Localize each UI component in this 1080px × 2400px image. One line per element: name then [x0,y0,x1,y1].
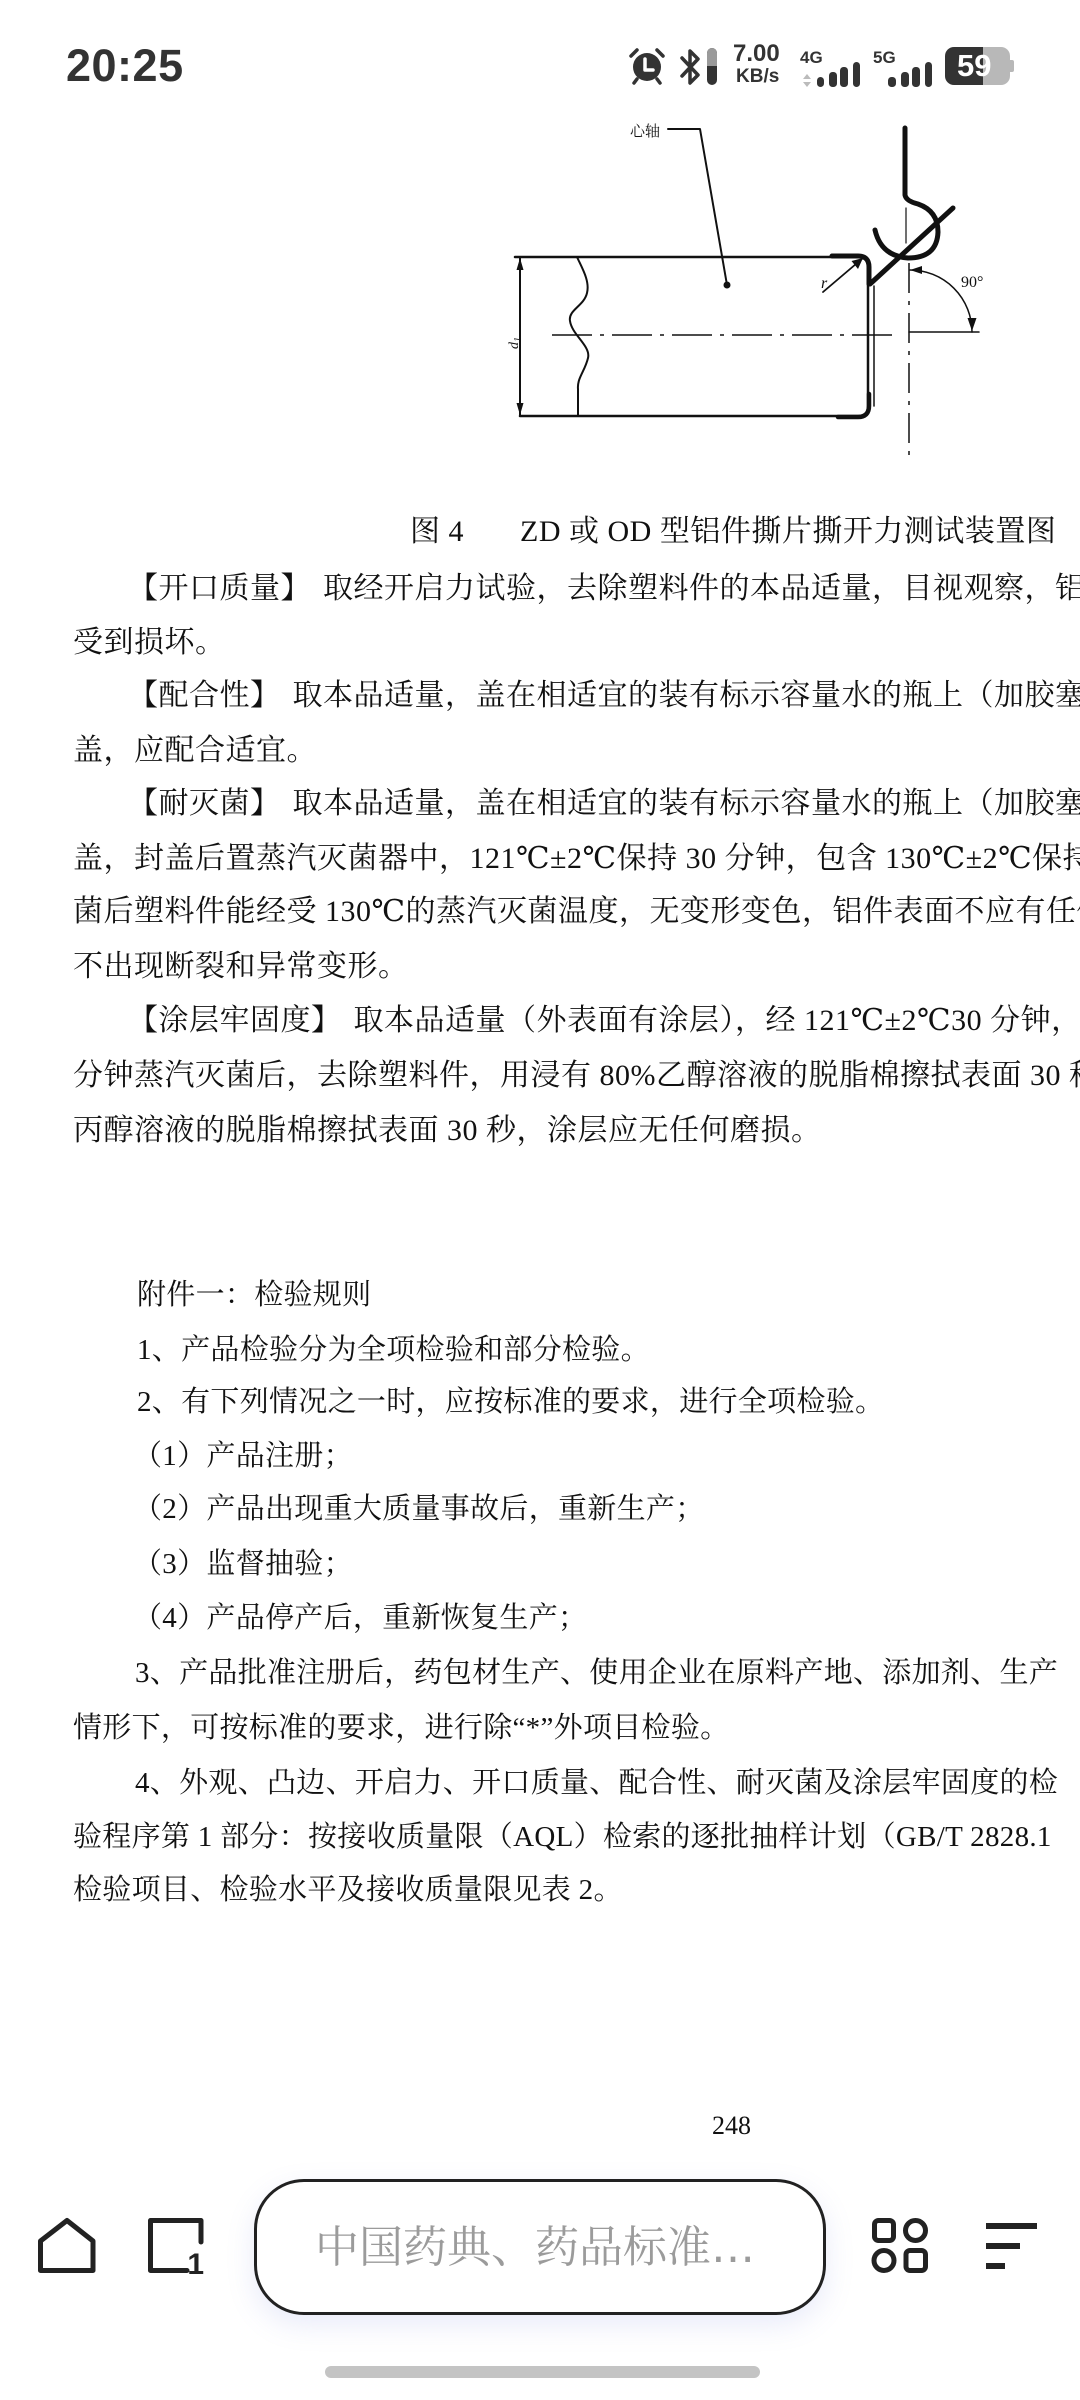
figure-diagram: 心轴 d1 r 90° [0,0,1080,480]
rule-4-line: 验程序第 1 部分：按接收质量限（AQL）检索的逐批抽样计划（GB/T 2828… [73,1817,1052,1857]
mandrel-leader-line [668,129,727,285]
text-line: 不出现断裂和异常变形。 [73,947,409,987]
text-line: 盖，封盖后置蒸汽灭菌器中，121℃±2℃保持 30 分钟，包含 130℃±2℃保… [73,839,1080,879]
search-box[interactable] [254,2179,826,2315]
rule-3-line: 情形下，可按标准的要求，进行除“*”外项目检验。 [73,1708,729,1748]
gesture-navigation-bar[interactable] [325,2366,760,2378]
text-line: 【耐灭菌】取本品适量，盖在相适宜的装有标示容量水的瓶上（加胶塞 [128,784,1080,824]
rule-4-line: 4、外观、凸边、开启力、开口质量、配合性、耐灭菌及涂层牢固度的检 [135,1763,1058,1803]
text-line: 受到损坏。 [73,623,226,663]
paragraph-text: 取本品适量（外表面有涂层），经 121℃±2℃30 分钟， [354,1004,1080,1037]
radius-label: r [821,275,828,292]
paragraph-title: 【耐灭菌】 [128,787,281,820]
figure-caption-number: 图 4 [410,512,464,552]
text-line: 【开口质量】取经开启力试验，去除塑料件的本品适量，目视观察，铝 [128,569,1080,609]
paragraph-text: 取本品适量，盖在相适宜的装有标示容量水的瓶上（加胶塞 [293,787,1080,820]
appendix-title: 附件一：检验规则 [137,1275,371,1315]
text-line: 丙醇溶液的脱脂棉擦拭表面 30 秒，涂层应无任何磨损。 [73,1111,822,1151]
mandrel-outline [515,257,868,416]
paragraph-title: 【涂层牢固度】 [128,1004,342,1037]
home-button[interactable] [35,2215,98,2277]
tabs-icon: 1 [145,2215,208,2277]
apps-button[interactable] [870,2215,933,2277]
paragraph-title: 【开口质量】 [128,572,311,605]
grid-icon [870,2215,933,2277]
rule-2-case: （3）监督抽验； [133,1544,353,1584]
menu-button[interactable] [980,2215,1043,2277]
tab-count: 1 [187,2248,204,2277]
paragraph-text: 取经开启力试验，去除塑料件的本品适量，目视观察，铝 [323,572,1080,605]
rule-1: 1、产品检验分为全项检验和部分检验。 [137,1330,650,1370]
rule-2-case: （2）产品出现重大质量事故后，重新生产； [133,1489,705,1529]
document-viewer[interactable]: 心轴 d1 r 90° 图 4 ZD 或 OD 型铝件撕片撕开力测试装置图 【开… [0,0,1080,2160]
angle-label: 90° [961,274,983,291]
tabs-button[interactable]: 1 [145,2215,208,2277]
text-line: 菌后塑料件能经受 130℃的蒸汽灭菌温度，无变形变色，铝件表面不应有任何 [73,892,1080,932]
rule-3-line: 3、产品批准注册后，药包材生产、使用企业在原料产地、添加剂、生产 [135,1653,1058,1693]
mandrel-label: 心轴 [630,123,660,140]
rule-2-case: （1）产品注册； [133,1436,353,1476]
home-icon [35,2215,98,2277]
break-line [570,257,588,415]
paragraph-text: 取本品适量，盖在相适宜的装有标示容量水的瓶上（加胶塞 [293,679,1080,712]
page-number: 248 [712,2108,751,2144]
figure-caption-title: ZD 或 OD 型铝件撕片撕开力测试装置图 [520,512,1056,552]
text-line: 【涂层牢固度】取本品适量（外表面有涂层），经 121℃±2℃30 分钟， [128,1001,1080,1041]
diameter-label: d1 [507,337,524,349]
menu-icon [980,2215,1043,2277]
search-input[interactable] [315,2182,805,2312]
rule-2: 2、有下列情况之一时，应按标准的要求，进行全项检验。 [137,1382,884,1422]
rule-2-case: （4）产品停产后，重新恢复生产； [133,1598,587,1638]
paragraph-title: 【配合性】 [128,679,281,712]
text-line: 分钟蒸汽灭菌后，去除塑料件，用浸有 80%乙醇溶液的脱脂棉擦拭表面 30 秒 [73,1056,1080,1096]
rule-4-line: 检验项目、检验水平及接收质量限见表 2。 [73,1870,623,1910]
mandrel-corner-bottom [838,394,869,417]
text-line: 【配合性】取本品适量，盖在相适宜的装有标示容量水的瓶上（加胶塞 [128,676,1080,716]
text-line: 盖，应配合适宜。 [73,731,317,771]
